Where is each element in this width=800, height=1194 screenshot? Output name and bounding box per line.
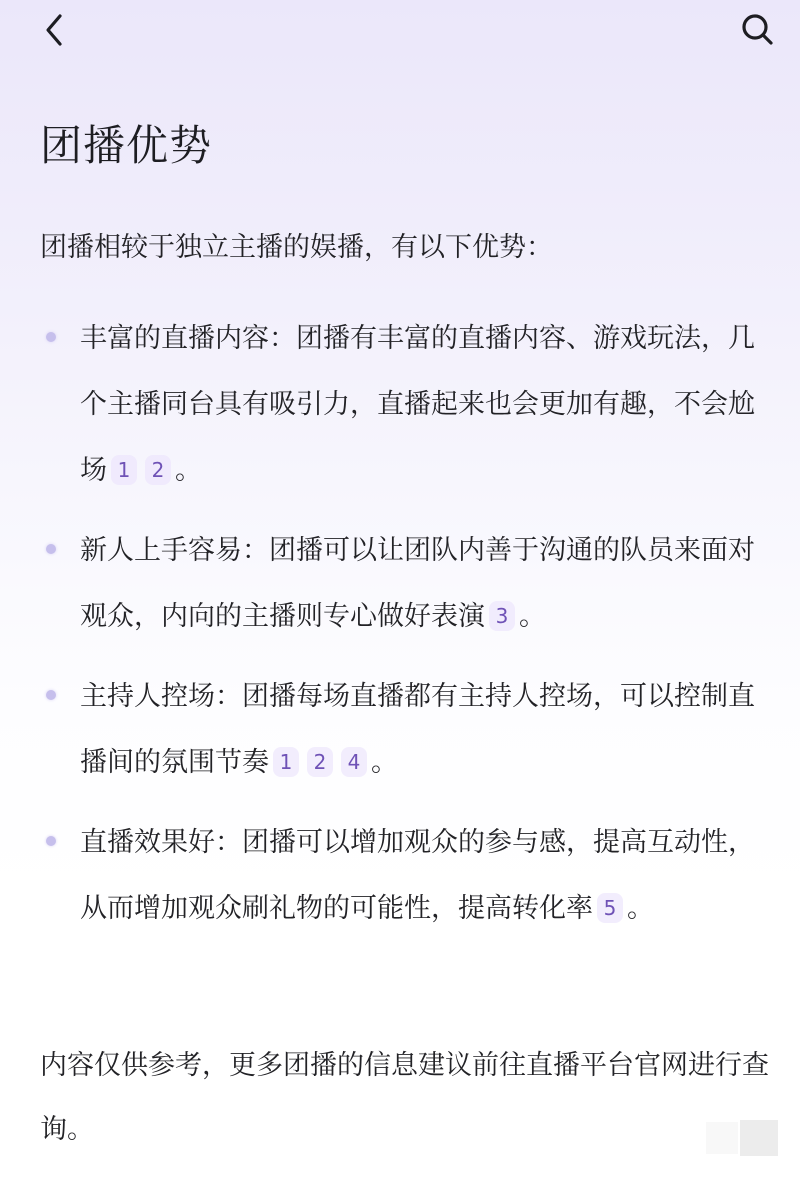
item-text: 主持人控场：团播每场直播都有主持人控场，可以控制直播间的氛围节奏	[80, 681, 755, 778]
citation-badge[interactable]: 4	[341, 747, 367, 777]
citation-badge[interactable]: 1	[273, 747, 299, 777]
item-end: 。	[371, 747, 398, 778]
back-button[interactable]	[30, 6, 78, 54]
list-item: 新人上手容易：团播可以让团队内善于沟通的队员来面对观众，内向的主播则专心做好表演…	[40, 518, 780, 650]
citation-badge[interactable]: 3	[489, 601, 515, 631]
disclaimer-text: 内容仅供参考，更多团播的信息建议前往直播平台官网进行查询。	[40, 1034, 770, 1162]
bullet-dot-icon	[46, 836, 56, 846]
bullet-dot-icon	[46, 544, 56, 554]
list-item: 直播效果好：团播可以增加观众的参与感，提高互动性，从而增加观众刷礼物的可能性，提…	[40, 810, 780, 942]
chevron-left-icon	[40, 10, 68, 50]
item-end: 。	[175, 455, 202, 486]
item-end: 。	[627, 893, 654, 924]
page-title: 团播优势	[40, 118, 212, 174]
citation-badge[interactable]: 2	[307, 747, 333, 777]
search-icon	[738, 10, 778, 50]
bullet-dot-icon	[46, 690, 56, 700]
list-item: 主持人控场：团播每场直播都有主持人控场，可以控制直播间的氛围节奏124。	[40, 664, 780, 796]
citation-badge[interactable]: 1	[111, 455, 137, 485]
item-end: 。	[519, 601, 546, 632]
item-text: 新人上手容易：团播可以让团队内善于沟通的队员来面对观众，内向的主播则专心做好表演	[80, 535, 755, 632]
advantages-list: 丰富的直播内容：团播有丰富的直播内容、游戏玩法，几个主播同台具有吸引力，直播起来…	[40, 306, 780, 956]
list-item: 丰富的直播内容：团播有丰富的直播内容、游戏玩法，几个主播同台具有吸引力，直播起来…	[40, 306, 780, 504]
citation-badge[interactable]: 2	[145, 455, 171, 485]
intro-text: 团播相较于独立主播的娱播，有以下优势：	[40, 226, 553, 270]
search-button[interactable]	[730, 6, 786, 54]
citation-badge[interactable]: 5	[597, 893, 623, 923]
bullet-dot-icon	[46, 332, 56, 342]
top-bar	[0, 0, 800, 64]
grey-overlay-box	[740, 1120, 778, 1156]
faint-overlay-box	[706, 1122, 738, 1154]
